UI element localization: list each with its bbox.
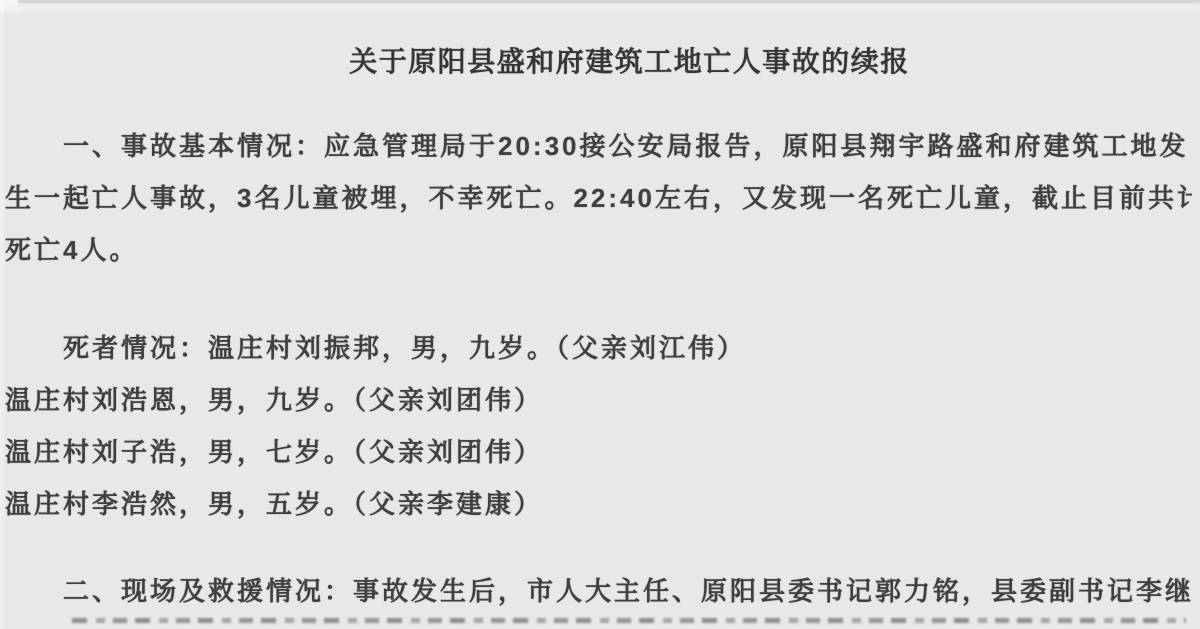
incident-basic-paragraph: 一、事故基本情况：应急管理局于20:30接公安局报告，原阳县翔宇路盛和府建筑工地… <box>5 120 1192 276</box>
page-title: 关于原阳县盛和府建筑工地亡人事故的续报 <box>5 44 1192 80</box>
report-line: 生一起亡人事故，3名儿童被埋，不幸死亡。22:40左右，又发现一名死亡儿童，截止… <box>5 172 1192 224</box>
notice-screenshot: { "content": { "title": "关于原阳县盛和府建筑工地亡人事… <box>0 0 1200 629</box>
report-line: 二、现场及救援情况：事故发生后，市人大主任、原阳县委书记郭力铭，县委副书记李继 <box>5 565 1192 617</box>
victim-line: 温庄村刘浩恩，男，九岁。（父亲刘团伟） <box>5 374 1192 426</box>
left-edge-sheen <box>0 0 4 629</box>
clipped-next-line-artifact <box>72 618 1186 623</box>
victim-line: 温庄村刘子浩，男，七岁。（父亲刘团伟） <box>5 426 1192 478</box>
notice-document: 关于原阳县盛和府建筑工地亡人事故的续报 一、事故基本情况：应急管理局于20:30… <box>5 0 1192 617</box>
report-line: 一、事故基本情况：应急管理局于20:30接公安局报告，原阳县翔宇路盛和府建筑工地… <box>5 120 1192 172</box>
rescue-paragraph: 二、现场及救援情况：事故发生后，市人大主任、原阳县委书记郭力铭，县委副书记李继 <box>5 565 1192 617</box>
report-line: 死亡4人。 <box>5 224 1192 276</box>
victim-line: 温庄村李浩然，男，五岁。（父亲李建康） <box>5 478 1192 530</box>
victim-line: 死者情况：温庄村刘振邦，男，九岁。（父亲刘江伟） <box>5 322 1192 374</box>
victims-paragraph: 死者情况：温庄村刘振邦，男，九岁。（父亲刘江伟） 温庄村刘浩恩，男，九岁。（父亲… <box>5 322 1192 530</box>
